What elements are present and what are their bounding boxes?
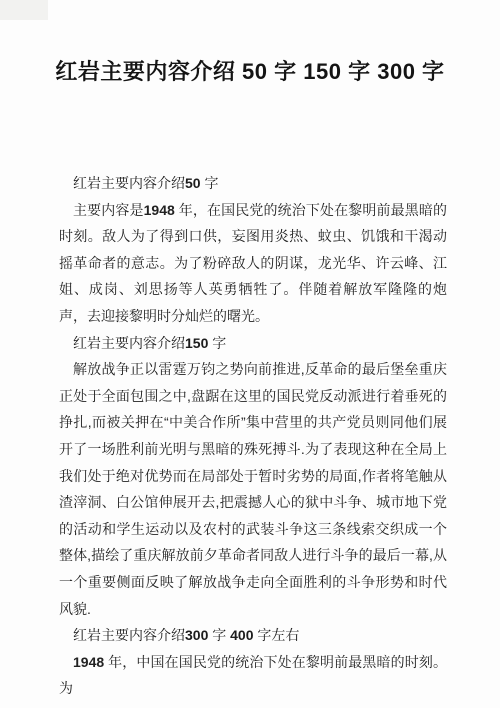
- page-title: 红岩主要内容介绍 50 字 150 字 300 字: [28, 56, 472, 88]
- section-50-zi: 红岩主要内容介绍50 字 主要内容是1948 年，在国民党的统治下处在黎明前最黑…: [59, 170, 447, 330]
- section-heading-50: 红岩主要内容介绍50 字: [59, 170, 447, 197]
- document-page: 红岩主要内容介绍 50 字 150 字 300 字 红岩主要内容介绍50 字 主…: [0, 0, 500, 708]
- section-paragraph-50: 主要内容是1948 年，在国民党的统治下处在黎明前最黑暗的时刻。敌人为了得到口供…: [59, 197, 447, 330]
- section-heading-150: 红岩主要内容介绍150 字: [59, 330, 447, 357]
- section-150-zi: 红岩主要内容介绍150 字 解放战争正以雷霆万钧之势向前推进,反革命的最后堡垒重…: [59, 330, 447, 623]
- section-heading-300: 红岩主要内容介绍300 字 400 字左右: [59, 622, 447, 649]
- document-body: 红岩主要内容介绍50 字 主要内容是1948 年，在国民党的统治下处在黎明前最黑…: [59, 170, 447, 702]
- section-300-zi: 红岩主要内容介绍300 字 400 字左右 1948 年，中国在国民党的统治下处…: [59, 622, 447, 702]
- section-paragraph-150: 解放战争正以雷霆万钧之势向前推进,反革命的最后堡垒重庆正处于全面包围之中,盘踞在…: [59, 356, 447, 622]
- section-paragraph-300: 1948 年，中国在国民党的统治下处在黎明前最黑暗的时刻。为: [59, 649, 447, 702]
